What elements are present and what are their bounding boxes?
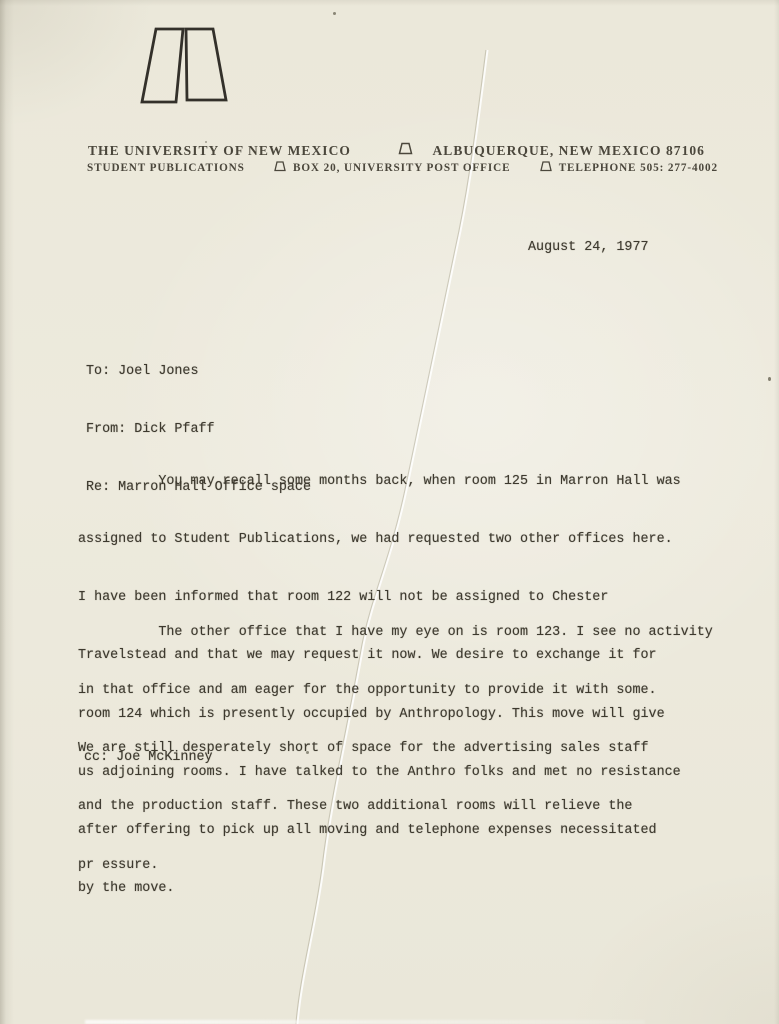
scan-edge-shadow-right xyxy=(774,0,779,1024)
scan-edge-shadow-left xyxy=(0,0,14,1024)
paper-speck xyxy=(306,751,309,754)
trapezoid-separator-icon xyxy=(252,149,286,187)
paper-speck xyxy=(333,12,336,15)
scanned-letter-page: THE UNIVERSITY OF NEW MEXICO ALBUQUERQUE… xyxy=(0,0,779,1024)
department-name: STUDENT PUBLICATIONS xyxy=(87,162,245,174)
post-office-box: BOX 20, UNIVERSITY POST OFFICE xyxy=(293,162,511,174)
text-line: pr essure. xyxy=(78,856,713,875)
cc-line: cc: Joe McKinney xyxy=(84,748,213,767)
scan-edge-shadow-top xyxy=(0,0,779,6)
telephone-number: TELEPHONE 505: 277-4002 xyxy=(559,162,718,174)
text-line: You may recall some months back, when ro… xyxy=(78,472,681,491)
text-line: in that office and am eager for the oppo… xyxy=(78,681,713,700)
unm-logo-icon xyxy=(140,26,230,106)
date-line: August 24, 1977 xyxy=(528,238,649,257)
text-line: assigned to Student Publications, we had… xyxy=(78,530,681,549)
unm-logo xyxy=(140,26,230,111)
paper-speck xyxy=(768,377,771,381)
paper-speck xyxy=(205,141,207,143)
trapezoid-separator-icon xyxy=(518,149,552,187)
text-line: The other office that I have my eye on i… xyxy=(78,623,713,642)
text-line: and the production staff. These two addi… xyxy=(78,797,713,816)
letterhead-line2: STUDENT PUBLICATIONS BOX 20, UNIVERSITY … xyxy=(87,149,718,187)
memo-to-line: To: Joel Jones xyxy=(86,362,311,381)
scan-edge-highlight-bottom xyxy=(85,1020,645,1024)
